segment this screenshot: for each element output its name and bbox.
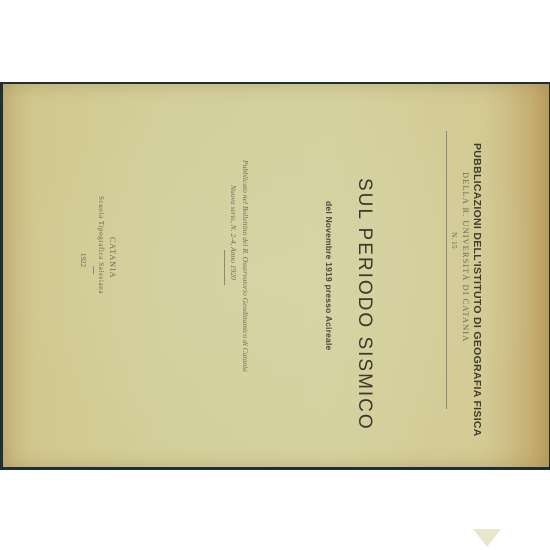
page-subtitle: del Novembre 1919 presso Acireale (324, 201, 334, 350)
note-rule (224, 250, 225, 285)
series-number: N. 15 (450, 232, 459, 249)
series-subtitle: DELLA R. UNIVERSITÀ DI CATANIA (461, 172, 471, 342)
imprint-printer: Scuola Tipografica Salesiana (97, 196, 105, 294)
publication-note-line1: Pubblicato nel Bollettino del R. Osserva… (241, 160, 250, 372)
torn-corner (473, 529, 501, 547)
imprint-city: CATANIA (108, 237, 117, 278)
imprint-rule (93, 266, 94, 274)
series-title: PUBBLICAZIONI DELL'ISTITUTO DI GEOGRAFIA… (471, 143, 483, 437)
page-title: SUL PERIODO SISMICO (353, 178, 375, 431)
series-rule-top (446, 131, 447, 409)
imprint-year: 1922 (79, 253, 87, 267)
publication-note-line2: Nuova serie, N. 2-4, Anno 1920 (229, 185, 238, 280)
